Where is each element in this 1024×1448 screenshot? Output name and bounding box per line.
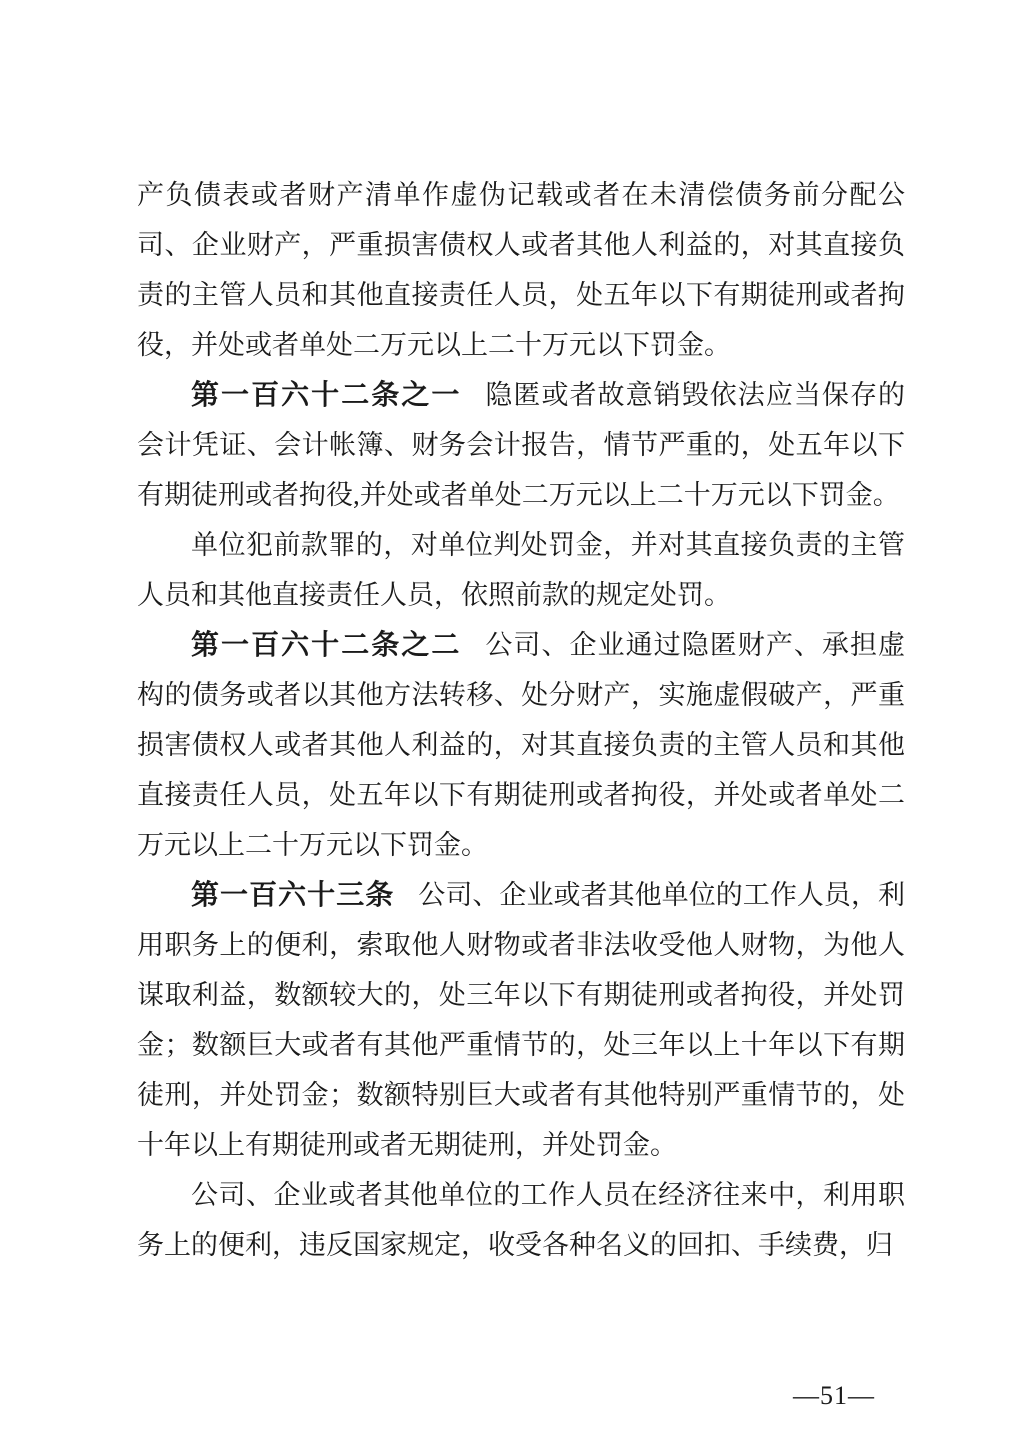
article-paragraph: 第一百六十二条之一隐匿或者故意销毁依法应当保存的会计凭证、会计帐簿、财务会计报告… — [137, 370, 905, 520]
document-page: 产负债表或者财产清单作虚伪记载或者在未清偿债务前分配公司、企业财产，严重损害债权… — [0, 0, 1024, 1448]
paragraph-text: 公司、企业通过隐匿财产、承担虚构的债务或者以其他方法转移、处分财产，实施虚假破产… — [137, 630, 905, 860]
article-number-heading: 第一百六十二条之一 — [191, 379, 461, 410]
page-footer: —51— — [0, 1381, 875, 1411]
body-paragraph: 单位犯前款罪的，对单位判处罚金，并对其直接负责的主管人员和其他直接责任人员，依照… — [137, 520, 905, 620]
page-number: —51— — [793, 1381, 875, 1410]
body-paragraph: 产负债表或者财产清单作虚伪记载或者在未清偿债务前分配公司、企业财产，严重损害债权… — [137, 170, 905, 370]
paragraph-text: 公司、企业或者其他单位的工作人员，利用职务上的便利，索取他人财物或者非法收受他人… — [137, 880, 905, 1160]
article-paragraph: 第一百六十三条公司、企业或者其他单位的工作人员，利用职务上的便利，索取他人财物或… — [137, 870, 905, 1170]
body-paragraph: 公司、企业或者其他单位的工作人员在经济往来中，利用职务上的便利，违反国家规定，收… — [137, 1170, 905, 1270]
article-number-heading: 第一百六十三条 — [191, 879, 394, 910]
paragraph-text: 单位犯前款罪的，对单位判处罚金，并对其直接负责的主管人员和其他直接责任人员，依照… — [137, 530, 905, 610]
article-number-heading: 第一百六十二条之二 — [191, 629, 461, 660]
article-paragraph: 第一百六十二条之二公司、企业通过隐匿财产、承担虚构的债务或者以其他方法转移、处分… — [137, 620, 905, 870]
paragraph-text: 产负债表或者财产清单作虚伪记载或者在未清偿债务前分配公司、企业财产，严重损害债权… — [137, 180, 905, 360]
law-text-block: 产负债表或者财产清单作虚伪记载或者在未清偿债务前分配公司、企业财产，严重损害债权… — [137, 170, 905, 1270]
paragraph-text: 公司、企业或者其他单位的工作人员在经济往来中，利用职务上的便利，违反国家规定，收… — [137, 1180, 905, 1260]
